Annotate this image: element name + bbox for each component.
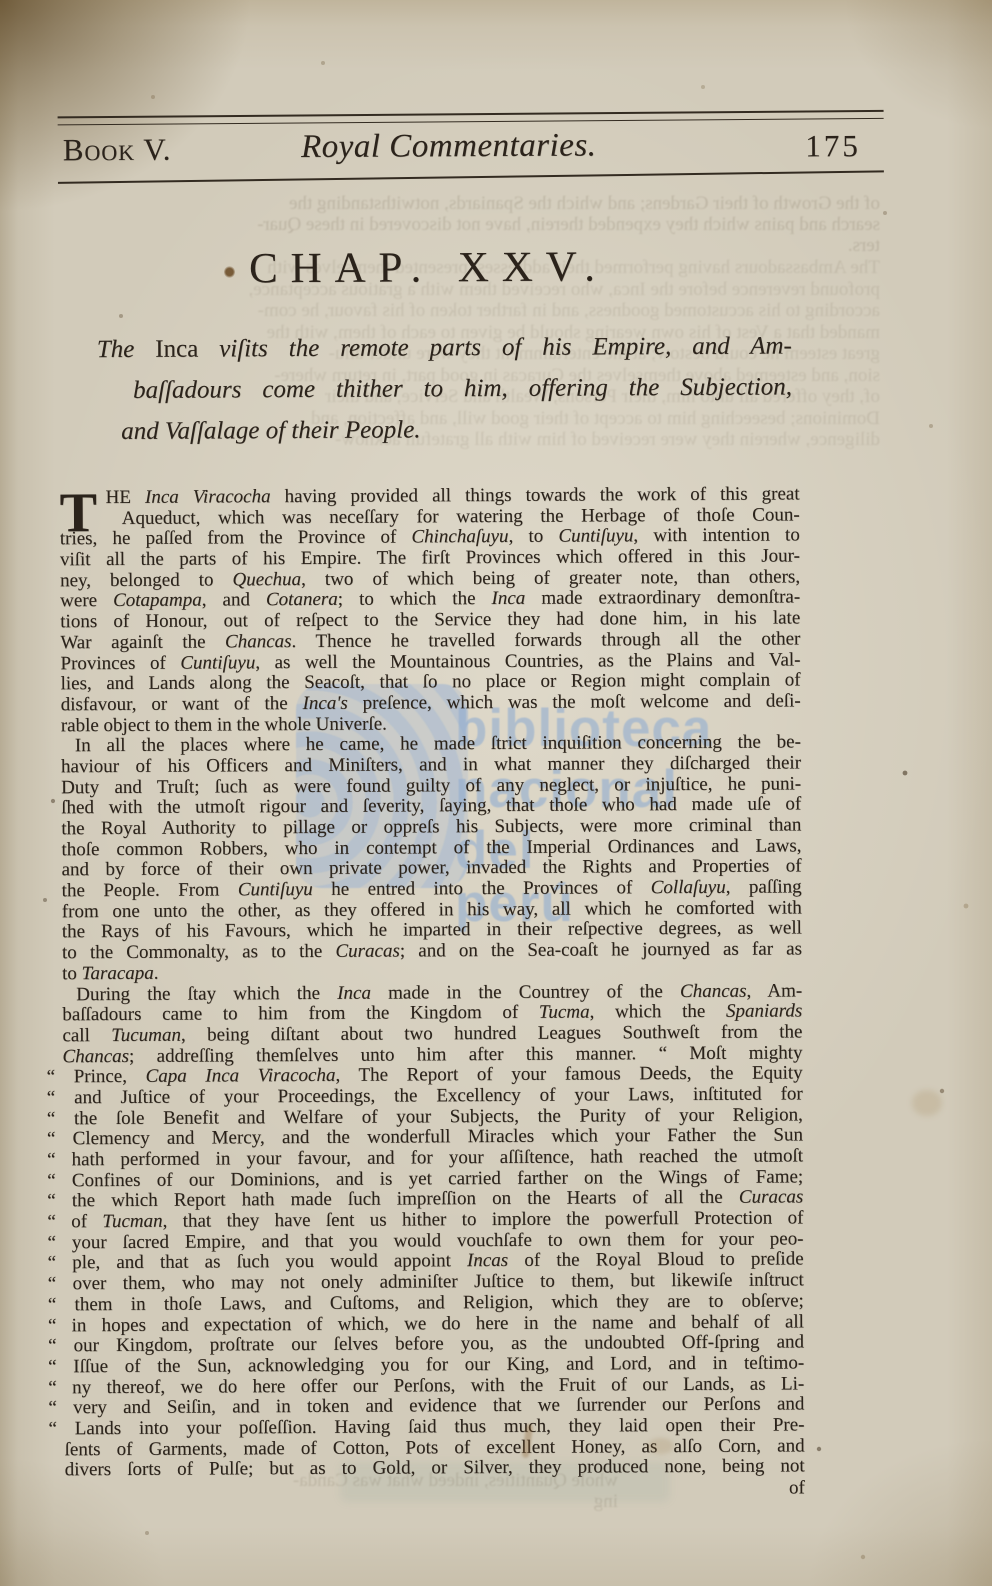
text-line: disfavour, or want of the Inca's preſenc… <box>61 691 801 716</box>
chapter-subtitle: The Inca viſits the remote parts of his … <box>59 325 793 452</box>
running-head-book: Book V. <box>63 132 172 169</box>
subtitle-line: The Inca viſits the remote parts of his … <box>97 325 792 370</box>
paper-specks <box>0 0 2 2</box>
header-bottom-rule <box>58 170 884 184</box>
page-body: T HE Inca Viracocha having provided all … <box>60 484 805 1481</box>
ink-spot <box>224 266 235 278</box>
subtitle-line: baſſadours come thither to him, offering… <box>133 366 792 410</box>
chapter-heading: CHAP. XXV. <box>58 241 798 294</box>
paper-stain <box>648 1438 674 1454</box>
catchword: of <box>65 1477 805 1503</box>
subtitle-line: and Vaſſalage of their People. <box>121 407 792 452</box>
scanned-book-page: { "header": { "book": "Book V.", "title"… <box>0 0 992 1586</box>
drop-cap: T <box>60 485 98 541</box>
text-line: to the Commonalty, as to the Curacas; an… <box>62 940 802 965</box>
running-head-title: Royal Commentaries. <box>301 127 597 166</box>
page-number: 175 <box>805 128 861 164</box>
printed-page-content: Book V. Royal Commentaries. 175 CHAP. XX… <box>0 0 992 1586</box>
header-double-rule <box>58 110 884 125</box>
